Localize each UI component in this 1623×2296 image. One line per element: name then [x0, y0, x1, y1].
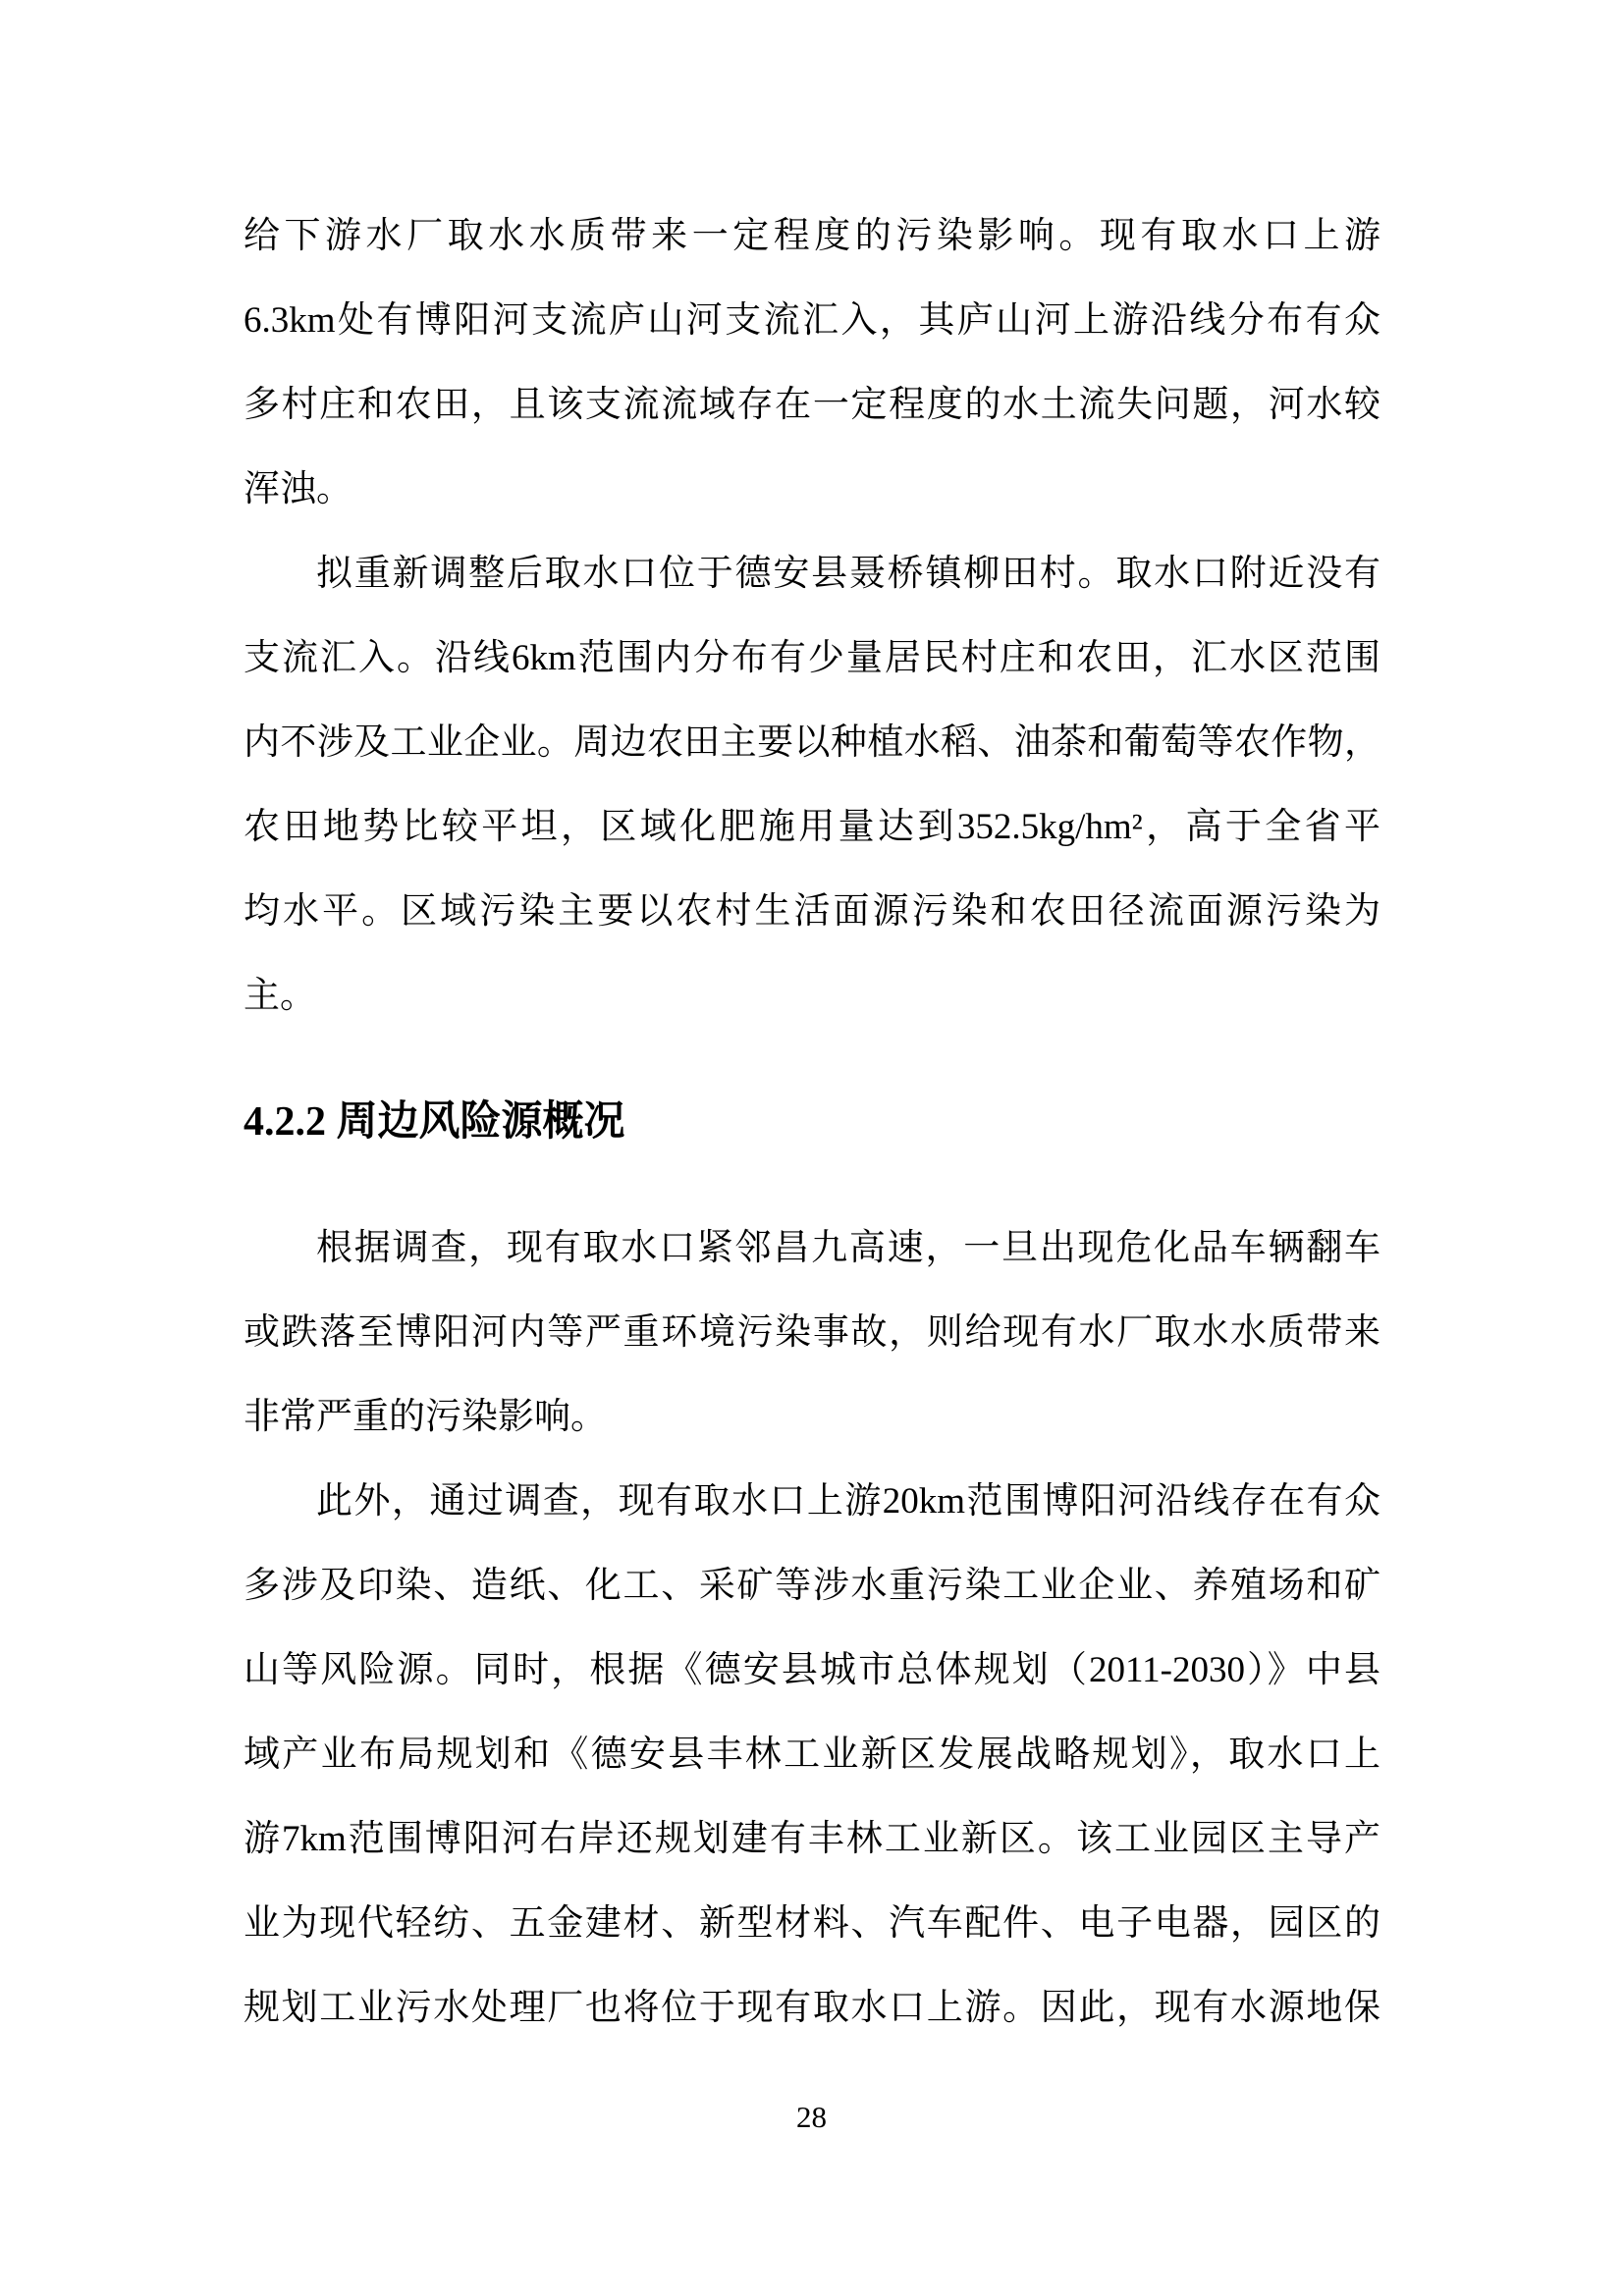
text-line: 支流汇入。沿线6km范围内分布有少量居民村庄和农田，汇水区范围: [243, 616, 1380, 701]
text-line: 游7km范围博阳河右岸还规划建有丰林工业新区。该工业园区主导产: [243, 1797, 1380, 1882]
text-line: 多村庄和农田，且该支流流域存在一定程度的水土流失问题，河水较: [243, 363, 1380, 448]
page-number: 28: [0, 2101, 1623, 2134]
text-line: 拟重新调整后取水口位于德安县聂桥镇柳田村。取水口附近没有: [243, 532, 1380, 616]
text-line: 主。: [243, 954, 1380, 1039]
text-line: 6.3km处有博阳河支流庐山河支流汇入，其庐山河上游沿线分布有众: [243, 279, 1380, 363]
text-line: 此外，通过调查，现有取水口上游20km范围博阳河沿线存在有众: [243, 1460, 1380, 1544]
text-line: 业为现代轻纺、五金建材、新型材料、汽车配件、电子电器，园区的: [243, 1882, 1380, 1966]
text-line: 农田地势比较平坦，区域化肥施用量达到352.5kg/hm²，高于全省平: [243, 785, 1380, 870]
section-heading: 4.2.2 周边风险源概况: [243, 1080, 1380, 1164]
text-line: 山等风险源。同时，根据《德安县城市总体规划（2011-2030）》中县: [243, 1629, 1380, 1713]
text-line: 规划工业污水处理厂也将位于现有取水口上游。因此，现有水源地保: [243, 1966, 1380, 2051]
text-line: 给下游水厂取水水质带来一定程度的污染影响。现有取水口上游: [243, 194, 1380, 279]
document-body: 给下游水厂取水水质带来一定程度的污染影响。现有取水口上游6.3km处有博阳河支流…: [243, 194, 1380, 2051]
text-line: 均水平。区域污染主要以农村生活面源污染和农田径流面源污染为: [243, 870, 1380, 954]
text-line: 非常严重的污染影响。: [243, 1375, 1380, 1460]
text-line: 或跌落至博阳河内等严重环境污染事故，则给现有水厂取水水质带来: [243, 1291, 1380, 1375]
text-line: 根据调查，现有取水口紧邻昌九高速，一旦出现危化品车辆翻车: [243, 1206, 1380, 1291]
text-line: 浑浊。: [243, 448, 1380, 532]
text-line: 域产业布局规划和《德安县丰林工业新区发展战略规划》，取水口上: [243, 1713, 1380, 1797]
text-line: 内不涉及工业企业。周边农田主要以种植水稻、油茶和葡萄等农作物，: [243, 701, 1380, 785]
text-line: 多涉及印染、造纸、化工、采矿等涉水重污染工业企业、养殖场和矿: [243, 1544, 1380, 1629]
document-page: 给下游水厂取水水质带来一定程度的污染影响。现有取水口上游6.3km处有博阳河支流…: [0, 0, 1623, 2296]
